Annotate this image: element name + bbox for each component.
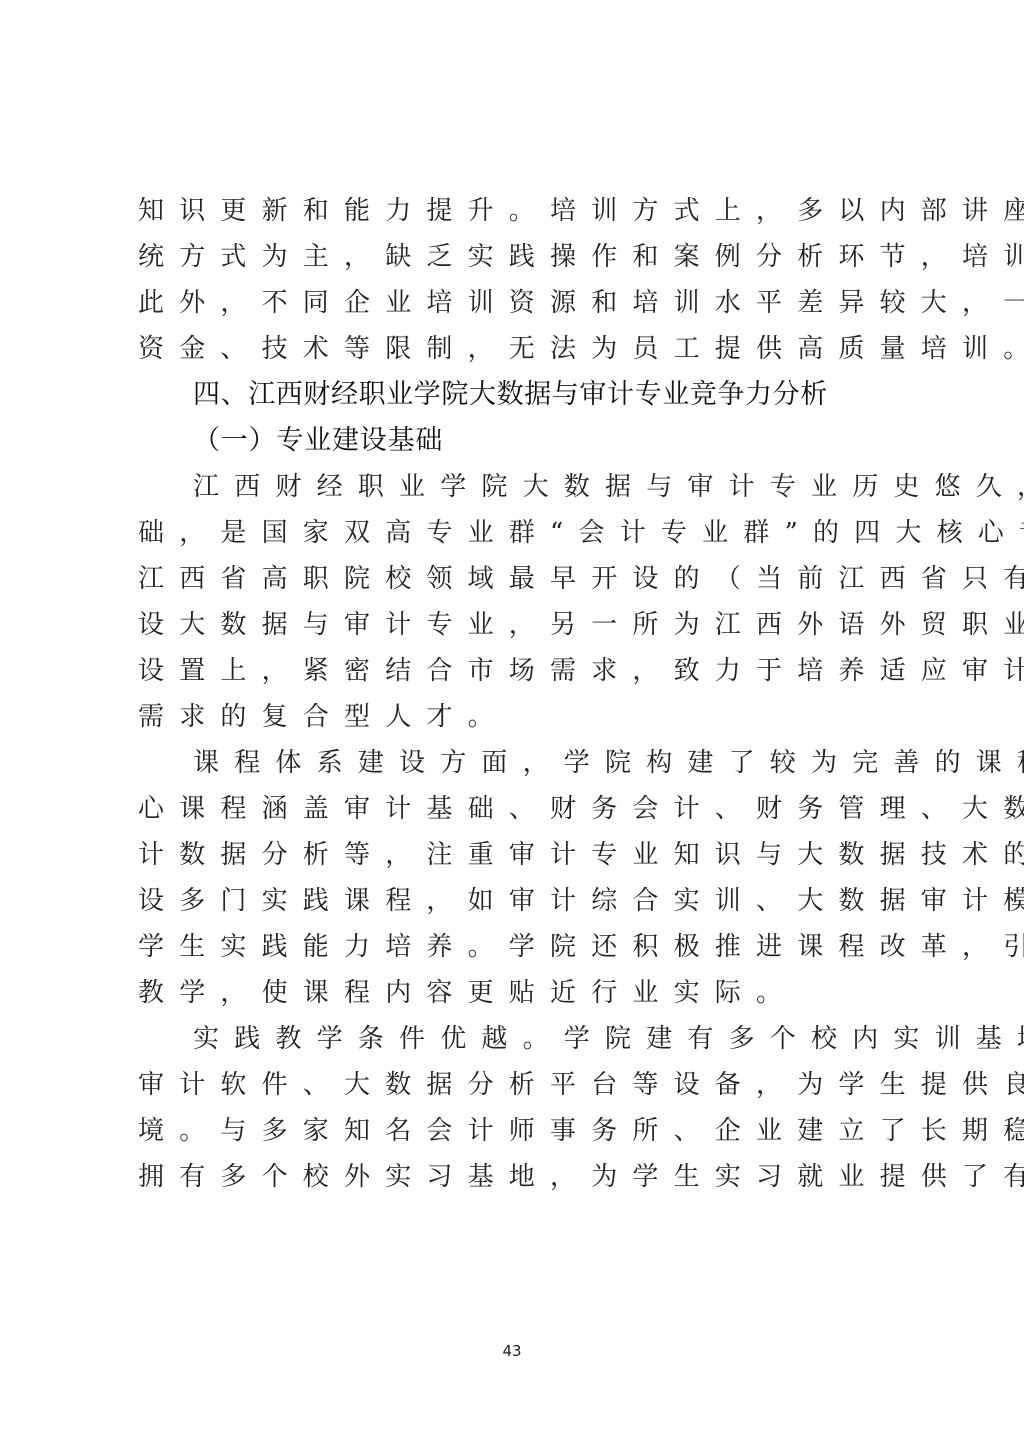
text-line: 拥有多个校外实习基地，为学生实习就业提供了有力保障。例如， (138, 1154, 888, 1200)
text-line: 知识更新和能力提升。培训方式上，多以内部讲座、线上课程等传 (138, 188, 888, 234)
document-page: 知识更新和能力提升。培训方式上，多以内部讲座、线上课程等传 统方式为主，缺乏实践… (0, 0, 1024, 1448)
text-line: 此外，不同企业培训资源和培训水平差异较大，一些中小企业由于 (138, 280, 888, 326)
paragraph-curriculum: 课程体系建设方面，学院构建了较为完善的课程体系。专业核 心课程涵盖审计基础、财务… (138, 740, 888, 1016)
text-line: 学生实践能力培养。学院还积极推进课程改革，引入企业实际案例 (138, 924, 888, 970)
text-line: 统方式为主，缺乏实践操作和案例分析环节，培训效果难以保证。 (138, 234, 888, 280)
text-line: 江西财经职业学院大数据与审计专业历史悠久，具有良好的基 (138, 464, 888, 510)
text-line: 设多门实践课程，如审计综合实训、大数据审计模拟实验等，强化 (138, 878, 888, 924)
text-line: 实践教学条件优越。学院建有多个校内实训基地，配备先进的 (138, 1016, 888, 1062)
text-line: 设大数据与审计专业，另一所为江西外语外贸职业学院）。在专业 (138, 602, 888, 648)
text-line: 设置上，紧密结合市场需求，致力于培养适应审计行业数字化转型 (138, 648, 888, 694)
section-heading: 四、江西财经职业学院大数据与审计专业竞争力分析 (138, 372, 888, 418)
text-line: 课程体系建设方面，学院构建了较为完善的课程体系。专业核 (138, 740, 888, 786)
text-line: 教学，使课程内容更贴近行业实际。 (138, 970, 888, 1016)
paragraph-professional-foundation: 江西财经职业学院大数据与审计专业历史悠久，具有良好的基 础，是国家双高专业群“会… (138, 464, 888, 740)
paragraph-continuation: 知识更新和能力提升。培训方式上，多以内部讲座、线上课程等传 统方式为主，缺乏实践… (138, 188, 888, 372)
text-line: 境。与多家知名会计师事务所、企业建立了长期稳定的合作关系， (138, 1108, 888, 1154)
text-line: 江西省高职院校领域最早开设的（当前江西省只有两所高职学校开 (138, 556, 888, 602)
text-line: 资金、技术等限制，无法为员工提供高质量培训。 (138, 326, 888, 372)
page-body: 知识更新和能力提升。培训方式上，多以内部讲座、线上课程等传 统方式为主，缺乏实践… (138, 188, 888, 1200)
paragraph-practice-conditions: 实践教学条件优越。学院建有多个校内实训基地，配备先进的 审计软件、大数据分析平台… (138, 1016, 888, 1200)
text-line: 审计软件、大数据分析平台等设备，为学生提供良好的实践操作环 (138, 1062, 888, 1108)
text-line: 需求的复合型人才。 (138, 694, 888, 740)
text-line: 础，是国家双高专业群“会计专业群”的四大核心专业之一，也是 (138, 510, 888, 556)
text-line: 心课程涵盖审计基础、财务会计、财务管理、大数据技术基础、审 (138, 786, 888, 832)
subsection-heading: （一）专业建设基础 (138, 418, 888, 464)
page-number: 43 (0, 1342, 1024, 1360)
text-line: 计数据分析等，注重审计专业知识与大数据技术的融合。同时，开 (138, 832, 888, 878)
